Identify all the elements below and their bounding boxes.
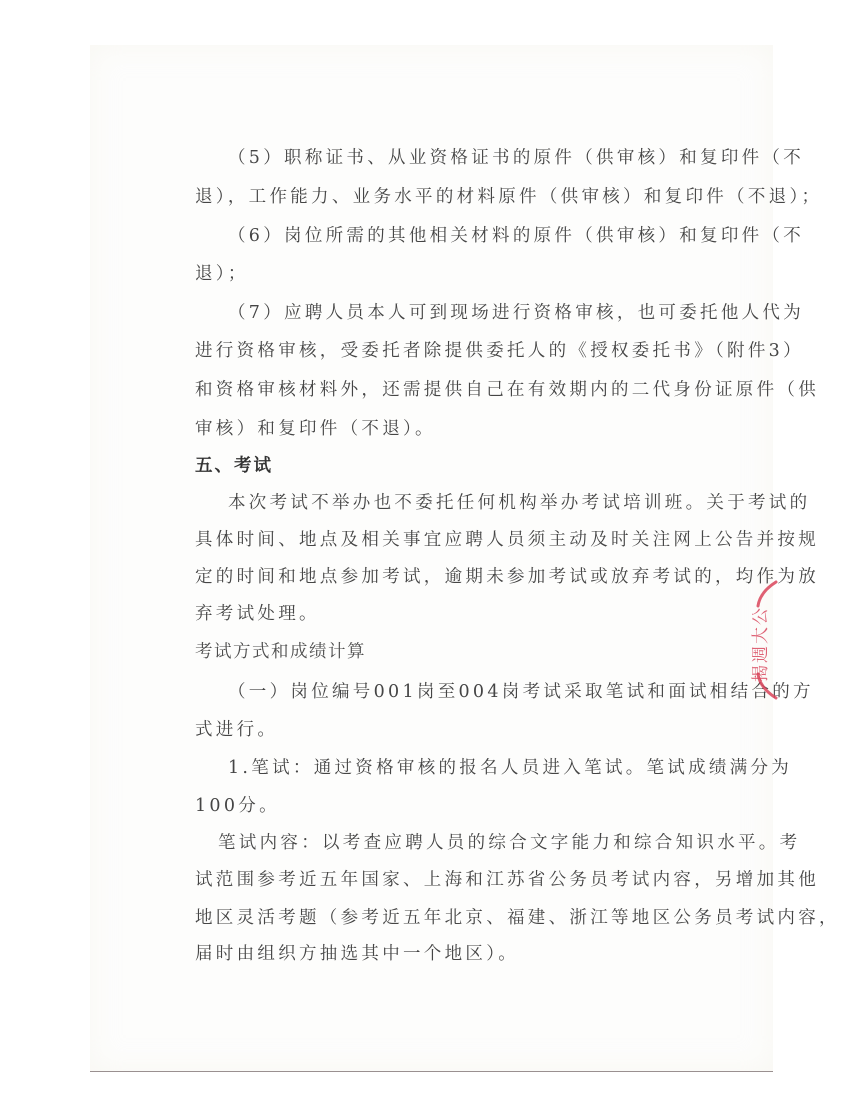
text-line: （7）应聘人员本人可到现场进行资格审核，也可委托他人代为 [228,301,804,325]
section-heading: 五、考试 [195,454,273,478]
text-line: 笔试内容：以考查应聘人员的综合文字能力和综合知识水平。考 [218,831,800,855]
text-line: 进行资格审核，受委托者除提供委托人的《授权委托书》（附件3） [195,339,804,363]
text-line: 试范围参考近五年国家、上海和江苏省公务员考试内容，另增加其他 [195,868,819,892]
text-line: 具体时间、地点及相关事宜应聘人员须主动及时关注网上公告并按规 [195,528,819,552]
text-line: 1.笔试：通过资格审核的报名人员进入笔试。笔试成绩满分为 [228,756,792,780]
text-line: 审核）和复印件（不退）。 [195,417,436,441]
text-line: 退），工作能力、业务水平的材料原件（供审核）和复印件（不退）； [195,185,822,209]
text-line: 退）； [195,262,249,286]
text-line: 式进行。 [195,718,278,742]
text-line: （一）岗位编号001岗至004岗考试采取笔试和面试相结合的方 [228,680,814,704]
text-line: 100分。 [195,794,280,818]
seal-text: 揭週大公 [746,602,768,682]
text-line: 弃考试处理。 [195,602,320,626]
text-line: 本次考试不举办也不委托任何机构举办考试培训班。关于考试的 [228,491,810,515]
text-line: 和资格审核材料外，还需提供自己在有效期内的二代身份证原件（供 [195,378,819,402]
subsection-heading: 考试方式和成绩计算 [195,640,366,664]
text-line: 地区灵活考题（参考近五年北京、福建、浙江等地区公务员考试内容， [195,906,840,930]
official-seal-stamp: 揭週大公 [738,578,798,704]
text-line: 届时由组织方抽选其中一个地区）。 [195,942,519,966]
text-line: 定的时间和地点参加考试，逾期未参加考试或放弃考试的，均作为放 [195,565,819,589]
text-line: （5）职称证书、从业资格证书的原件（供审核）和复印件（不 [228,146,804,170]
text-line: （6）岗位所需的其他相关材料的原件（供审核）和复印件（不 [228,224,804,248]
